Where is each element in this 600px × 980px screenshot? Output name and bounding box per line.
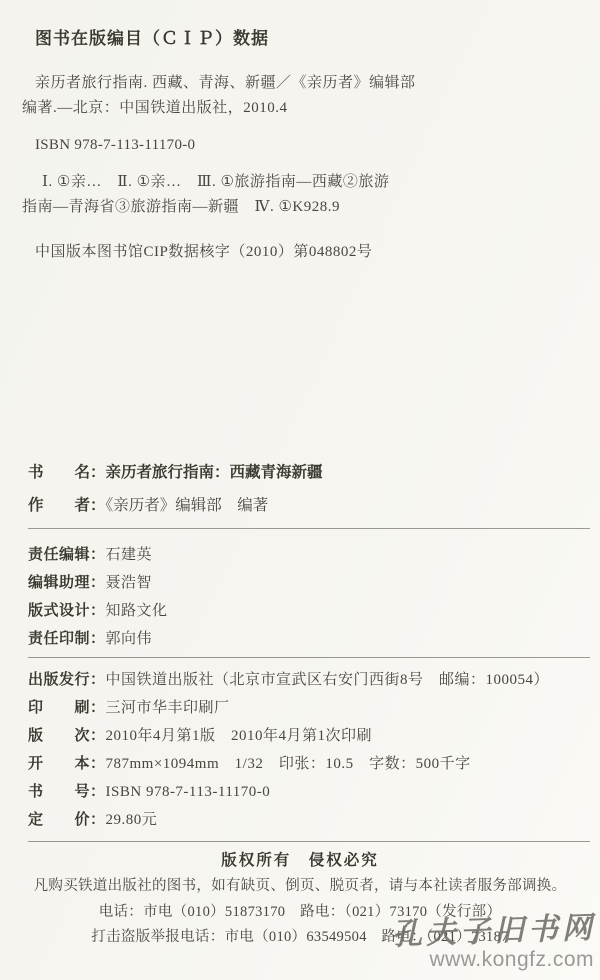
cip-entry-line-1: 亲历者旅行指南. 西藏、青海、新疆／《亲历者》编辑部	[22, 71, 574, 96]
publishing-block: 出版发行：中国铁道出版社（北京市宣武区右安门西街8号 邮编：100054） 印 …	[28, 666, 594, 834]
publishing-row-edition: 版 次：2010年4月第1版 2010年4月第1次印刷	[28, 722, 594, 750]
publishing-row-format: 开 本：787mm×1094mm 1/32 印张：10.5 字数：500千字	[28, 750, 594, 778]
copyright-page: 图书在版编目（ＣＩＰ）数据 亲历者旅行指南. 西藏、青海、新疆／《亲历者》编辑部…	[0, 0, 600, 980]
staff-block: 责任编辑：石建英 编辑助理：聂浩智 版式设计：知路文化 责任印制：郭向伟	[28, 541, 576, 653]
piracy-report-line: 打击盗版举报电话：市电（010）63549504 路电：（021）73187	[0, 925, 600, 951]
staff-row-printing: 责任印制：郭向伟	[28, 625, 576, 653]
format-label: 开 本：	[28, 755, 106, 772]
edition-label: 版 次：	[28, 727, 106, 744]
staff-editor-value: 石建英	[106, 547, 153, 563]
cip-classification-line-1: Ⅰ. ①亲… Ⅱ. ①亲… Ⅲ. ①旅游指南—西藏②旅游	[22, 170, 574, 195]
publisher-value: 中国铁道出版社（北京市宣武区右安门西街8号 邮编：100054）	[106, 672, 550, 688]
cip-entry-line-2: 编著.—北京：中国铁道出版社，2010.4	[22, 96, 574, 121]
contact-phone-line: 电话：市电（010）51873170 路电：（021）73170（发行部）	[0, 900, 600, 926]
price-label: 定 价：	[28, 811, 106, 828]
kongfz-watermark-url: www.kongfz.com	[392, 948, 594, 972]
exchange-notice: 凡购买铁道出版社的图书，如有缺页、倒页、脱页者，请与本社读者服务部调换。	[0, 874, 600, 900]
staff-printing-value: 郭向伟	[106, 631, 153, 647]
cip-title: 图书在版编目（ＣＩＰ）数据	[22, 24, 574, 49]
staff-printing-label: 责任印制：	[28, 630, 106, 647]
divider-rule-middle	[28, 657, 590, 658]
cip-record-number: 中国版本图书馆CIP数据核字（2010）第048802号	[22, 240, 574, 265]
isbn-value: ISBN 978-7-113-11170-0	[106, 784, 271, 800]
divider-rule-bottom	[28, 841, 590, 842]
publishing-row-printer: 印 刷：三河市华丰印刷厂	[28, 694, 594, 722]
isbn-label: 书 号：	[28, 783, 106, 800]
publishing-row-price: 定 价：29.80元	[28, 806, 594, 834]
copyright-block: 版权所有 侵权必究 凡购买铁道出版社的图书，如有缺页、倒页、脱页者，请与本社读者…	[0, 848, 600, 951]
cip-block: 图书在版编目（ＣＩＰ）数据 亲历者旅行指南. 西藏、青海、新疆／《亲历者》编辑部…	[22, 24, 574, 265]
book-title-value: 亲历者旅行指南：西藏青海新疆	[106, 464, 323, 481]
book-info-block: 书 名：亲历者旅行指南：西藏青海新疆 作 者：《亲历者》编辑部 编著	[28, 456, 576, 522]
staff-layout-value: 知路文化	[106, 603, 168, 619]
staff-editor-label: 责任编辑：	[28, 546, 106, 563]
divider-rule-top	[28, 528, 590, 529]
printer-value: 三河市华丰印刷厂	[106, 700, 230, 716]
edition-value: 2010年4月第1版 2010年4月第1次印刷	[106, 728, 373, 744]
staff-row-editor: 责任编辑：石建英	[28, 541, 576, 569]
staff-assistant-label: 编辑助理：	[28, 574, 106, 591]
copyright-notice: 版权所有 侵权必究	[0, 848, 600, 874]
publishing-row-isbn: 书 号：ISBN 978-7-113-11170-0	[28, 778, 594, 806]
cip-classification-line-2: 指南—青海省③旅游指南—新疆 Ⅳ. ①K928.9	[22, 195, 574, 220]
book-author-label: 作 者：	[28, 497, 106, 514]
publishing-row-publisher: 出版发行：中国铁道出版社（北京市宣武区右安门西街8号 邮编：100054）	[28, 666, 594, 694]
staff-layout-label: 版式设计：	[28, 602, 106, 619]
price-value: 29.80元	[106, 812, 158, 828]
format-value: 787mm×1094mm 1/32 印张：10.5 字数：500千字	[106, 756, 471, 772]
publisher-label: 出版发行：	[28, 671, 106, 688]
book-title-row: 书 名：亲历者旅行指南：西藏青海新疆	[28, 456, 576, 489]
staff-assistant-value: 聂浩智	[106, 575, 153, 591]
book-title-label: 书 名：	[28, 464, 106, 481]
printer-label: 印 刷：	[28, 699, 106, 716]
book-author-value: 《亲历者》编辑部 编著	[106, 497, 269, 514]
staff-row-assistant: 编辑助理：聂浩智	[28, 569, 576, 597]
book-author-row: 作 者：《亲历者》编辑部 编著	[28, 489, 576, 522]
cip-isbn: ISBN 978-7-113-11170-0	[22, 133, 574, 158]
staff-row-layout: 版式设计：知路文化	[28, 597, 576, 625]
